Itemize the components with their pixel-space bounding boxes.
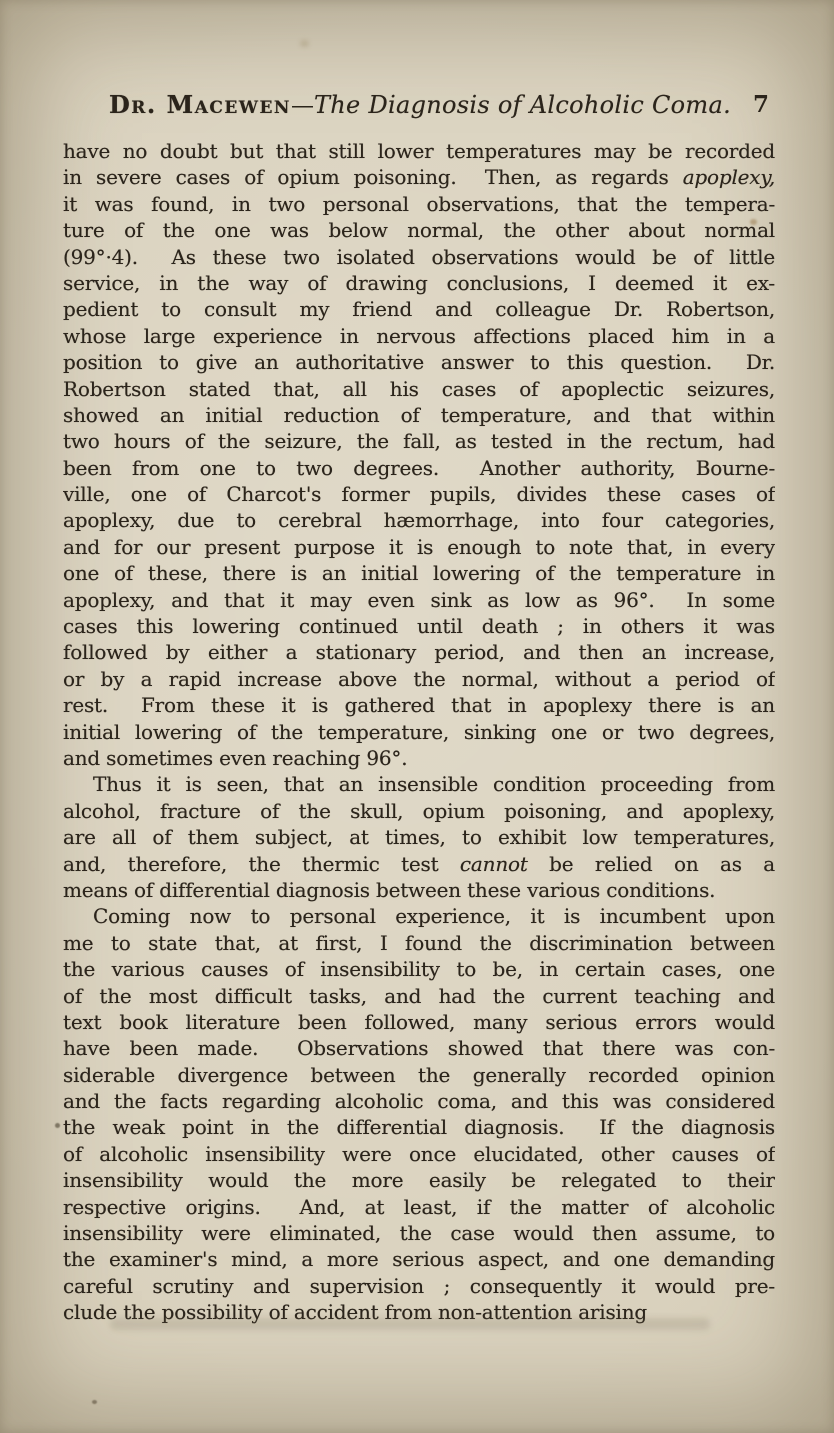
text-line: insensibility were eliminated, the case … — [63, 1220, 775, 1246]
text-line: rest. From these it is gathered that in … — [63, 692, 775, 718]
text-line: have been made. Observations showed that… — [63, 1035, 775, 1061]
scanned-book-page: Dr. Macewen—The Diagnosis of Alcoholic C… — [0, 0, 834, 1433]
text-line: and for our present purpose it is enough… — [63, 534, 775, 560]
text-line: alcohol, fracture of the skull, opium po… — [63, 798, 775, 824]
text-line: siderable divergence between the general… — [63, 1062, 775, 1088]
text-line: ture of the one was below normal, the ot… — [63, 217, 775, 243]
text-line: apoplexy, due to cerebral hæmorrhage, in… — [63, 507, 775, 533]
paper-stain — [55, 1123, 60, 1128]
text-block: have no doubt but that still lower tempe… — [63, 138, 775, 1326]
show-through-ghost-text — [110, 1318, 710, 1330]
text-line: position to give an authoritative answer… — [63, 349, 775, 375]
paper-stain — [300, 40, 309, 47]
text-line: it was found, in two personal observatio… — [63, 191, 775, 217]
paper-stain — [92, 1400, 97, 1404]
text-line: been from one to two degrees. Another au… — [63, 455, 775, 481]
text-line: are all of them subject, at times, to ex… — [63, 824, 775, 850]
text-line: have no doubt but that still lower tempe… — [63, 138, 775, 164]
text-line: whose large experience in nervous affect… — [63, 323, 775, 349]
text-line: me to state that, at first, I found the … — [63, 930, 775, 956]
text-line: one of these, there is an initial loweri… — [63, 560, 775, 586]
text-line: means of differential diagnosis between … — [63, 877, 775, 903]
text-line: apoplexy, and that it may even sink as l… — [63, 587, 775, 613]
text-line: service, in the way of drawing conclusio… — [63, 270, 775, 296]
text-line: or by a rapid increase above the normal,… — [63, 666, 775, 692]
text-line: and sometimes even reaching 96°. — [63, 745, 775, 771]
text-line: of alcoholic insensibility were once elu… — [63, 1141, 775, 1167]
text-line: the weak point in the differential diagn… — [63, 1114, 775, 1140]
text-line: and, therefore, the thermic test cannot … — [63, 851, 775, 877]
text-line: Thus it is seen, that an insensible cond… — [63, 771, 775, 797]
text-line: respective origins. And, at least, if th… — [63, 1194, 775, 1220]
text-line: the examiner's mind, a more serious aspe… — [63, 1246, 775, 1272]
text-line: Robertson stated that, all his cases of … — [63, 376, 775, 402]
text-line: of the most difficult tasks, and had the… — [63, 983, 775, 1009]
text-line: and the facts regarding alcoholic coma, … — [63, 1088, 775, 1114]
page-number: 7 — [753, 91, 769, 118]
running-header: Dr. Macewen—The Diagnosis of Alcoholic C… — [63, 90, 777, 122]
header-separator: — — [291, 93, 314, 119]
text-line: pedient to consult my friend and colleag… — [63, 296, 775, 322]
header-author: Dr. Macewen — [109, 90, 291, 119]
text-line: two hours of the seizure, the fall, as t… — [63, 428, 775, 454]
text-line: text book literature been followed, many… — [63, 1009, 775, 1035]
text-line: in severe cases of opium poisoning. Then… — [63, 164, 775, 190]
text-line: careful scrutiny and supervision ; conse… — [63, 1273, 775, 1299]
text-line: followed by either a stationary period, … — [63, 639, 775, 665]
text-line: ville, one of Charcot's former pupils, d… — [63, 481, 775, 507]
text-line: Coming now to personal experience, it is… — [63, 903, 775, 929]
header-title: The Diagnosis of Alcoholic Coma. — [314, 91, 731, 119]
text-line: initial lowering of the temperature, sin… — [63, 719, 775, 745]
text-line: cases this lowering continued until deat… — [63, 613, 775, 639]
text-line: insensibility would the more easily be r… — [63, 1167, 775, 1193]
text-line: (99°·4). As these two isolated observati… — [63, 244, 775, 270]
text-line: the various causes of insensibility to b… — [63, 956, 775, 982]
text-line: showed an initial reduction of temperatu… — [63, 402, 775, 428]
